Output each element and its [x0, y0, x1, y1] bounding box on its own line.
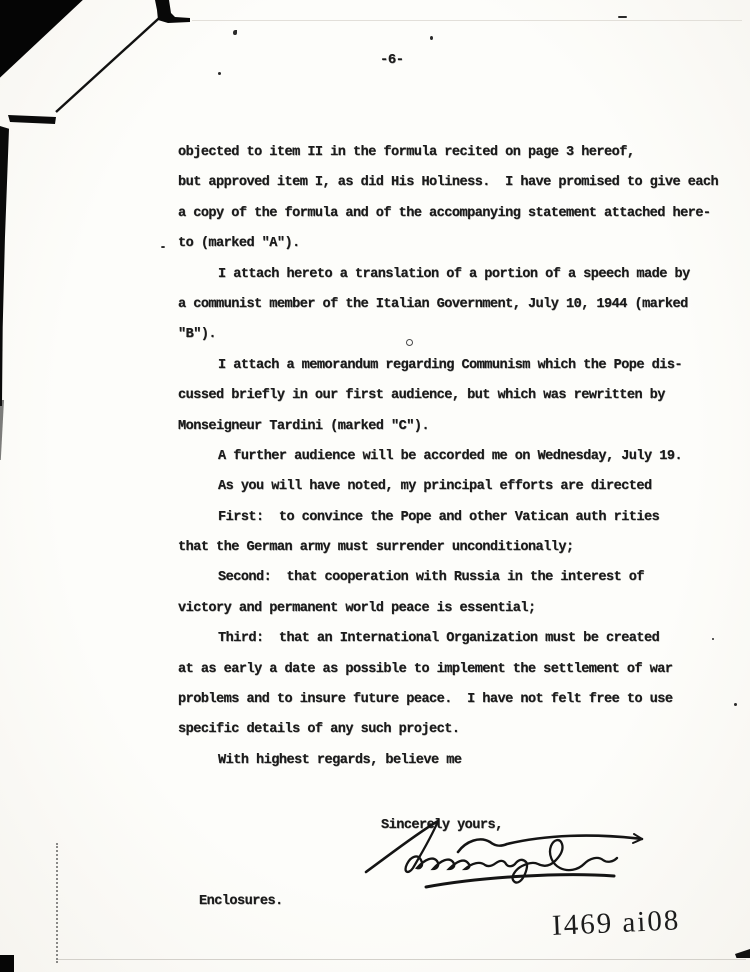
- letter-line: I attach a memorandum regarding Communis…: [178, 351, 744, 381]
- letter-line: First: to convince the Pope and other Va…: [178, 503, 744, 533]
- letter-line: objected to item II in the formula recit…: [178, 138, 744, 168]
- letter-line: "B").: [178, 320, 744, 350]
- scan-speck: [218, 72, 221, 75]
- letter-line: Third: that an International Organizatio…: [178, 624, 744, 654]
- letter-line: cussed briefly in our first audience, bu…: [178, 381, 744, 411]
- letter-line: victory and permanent world peace is ess…: [178, 594, 744, 624]
- letter-line: a copy of the formula and of the accompa…: [178, 199, 744, 229]
- letter-line: that the German army must surrender unco…: [178, 533, 744, 563]
- scan-artifact-top-left-corner: [0, 0, 90, 80]
- letter-body: objected to item II in the formula recit…: [178, 138, 744, 776]
- letter-line: problems and to insure future peace. I h…: [178, 685, 744, 715]
- scanned-letter-page: -6- objected to item II in the formula r…: [0, 0, 750, 972]
- closing-line: Sincerely yours,: [381, 818, 503, 833]
- scan-artifact-corner-crease: [0, 0, 220, 140]
- scan-speck: [161, 246, 165, 248]
- letter-line: specific details of any such project.: [178, 715, 744, 745]
- scan-artifact-top-mark: [152, 0, 192, 26]
- scan-speck: [618, 16, 627, 18]
- scan-speck: [233, 30, 237, 35]
- scan-artifact-bottom-right: [735, 949, 750, 958]
- scan-line-top: [192, 20, 742, 21]
- letter-line: Monseigneur Tardini (marked "C").: [178, 412, 744, 442]
- enclosures-label: Enclosures.: [199, 894, 283, 909]
- page-number: -6-: [380, 52, 404, 68]
- letter-line: A further audience will be accorded me o…: [178, 442, 744, 472]
- letter-line: a communist member of the Italian Govern…: [178, 290, 744, 320]
- letter-line: Second: that cooperation with Russia in …: [178, 563, 744, 593]
- letter-line: at as early a date as possible to implem…: [178, 655, 744, 685]
- letter-line: With highest regards, believe me: [178, 746, 744, 776]
- scan-artifact-bottom-left: [0, 955, 14, 972]
- scan-line-bottom: [58, 959, 746, 960]
- letter-line: I attach hereto a translation of a porti…: [178, 260, 744, 290]
- letter-line: to (marked "A").: [178, 229, 744, 259]
- archive-code-annotation: I469 ai08: [551, 902, 732, 943]
- scan-artifact-left-edge: [0, 126, 9, 406]
- letter-line: As you will have noted, my principal eff…: [178, 472, 744, 502]
- letter-line: but approved item I, as did His Holiness…: [178, 168, 744, 198]
- scan-speck: [430, 36, 433, 40]
- scan-fold-line: [56, 843, 58, 963]
- scan-artifact-left-edge-fade: [0, 400, 4, 460]
